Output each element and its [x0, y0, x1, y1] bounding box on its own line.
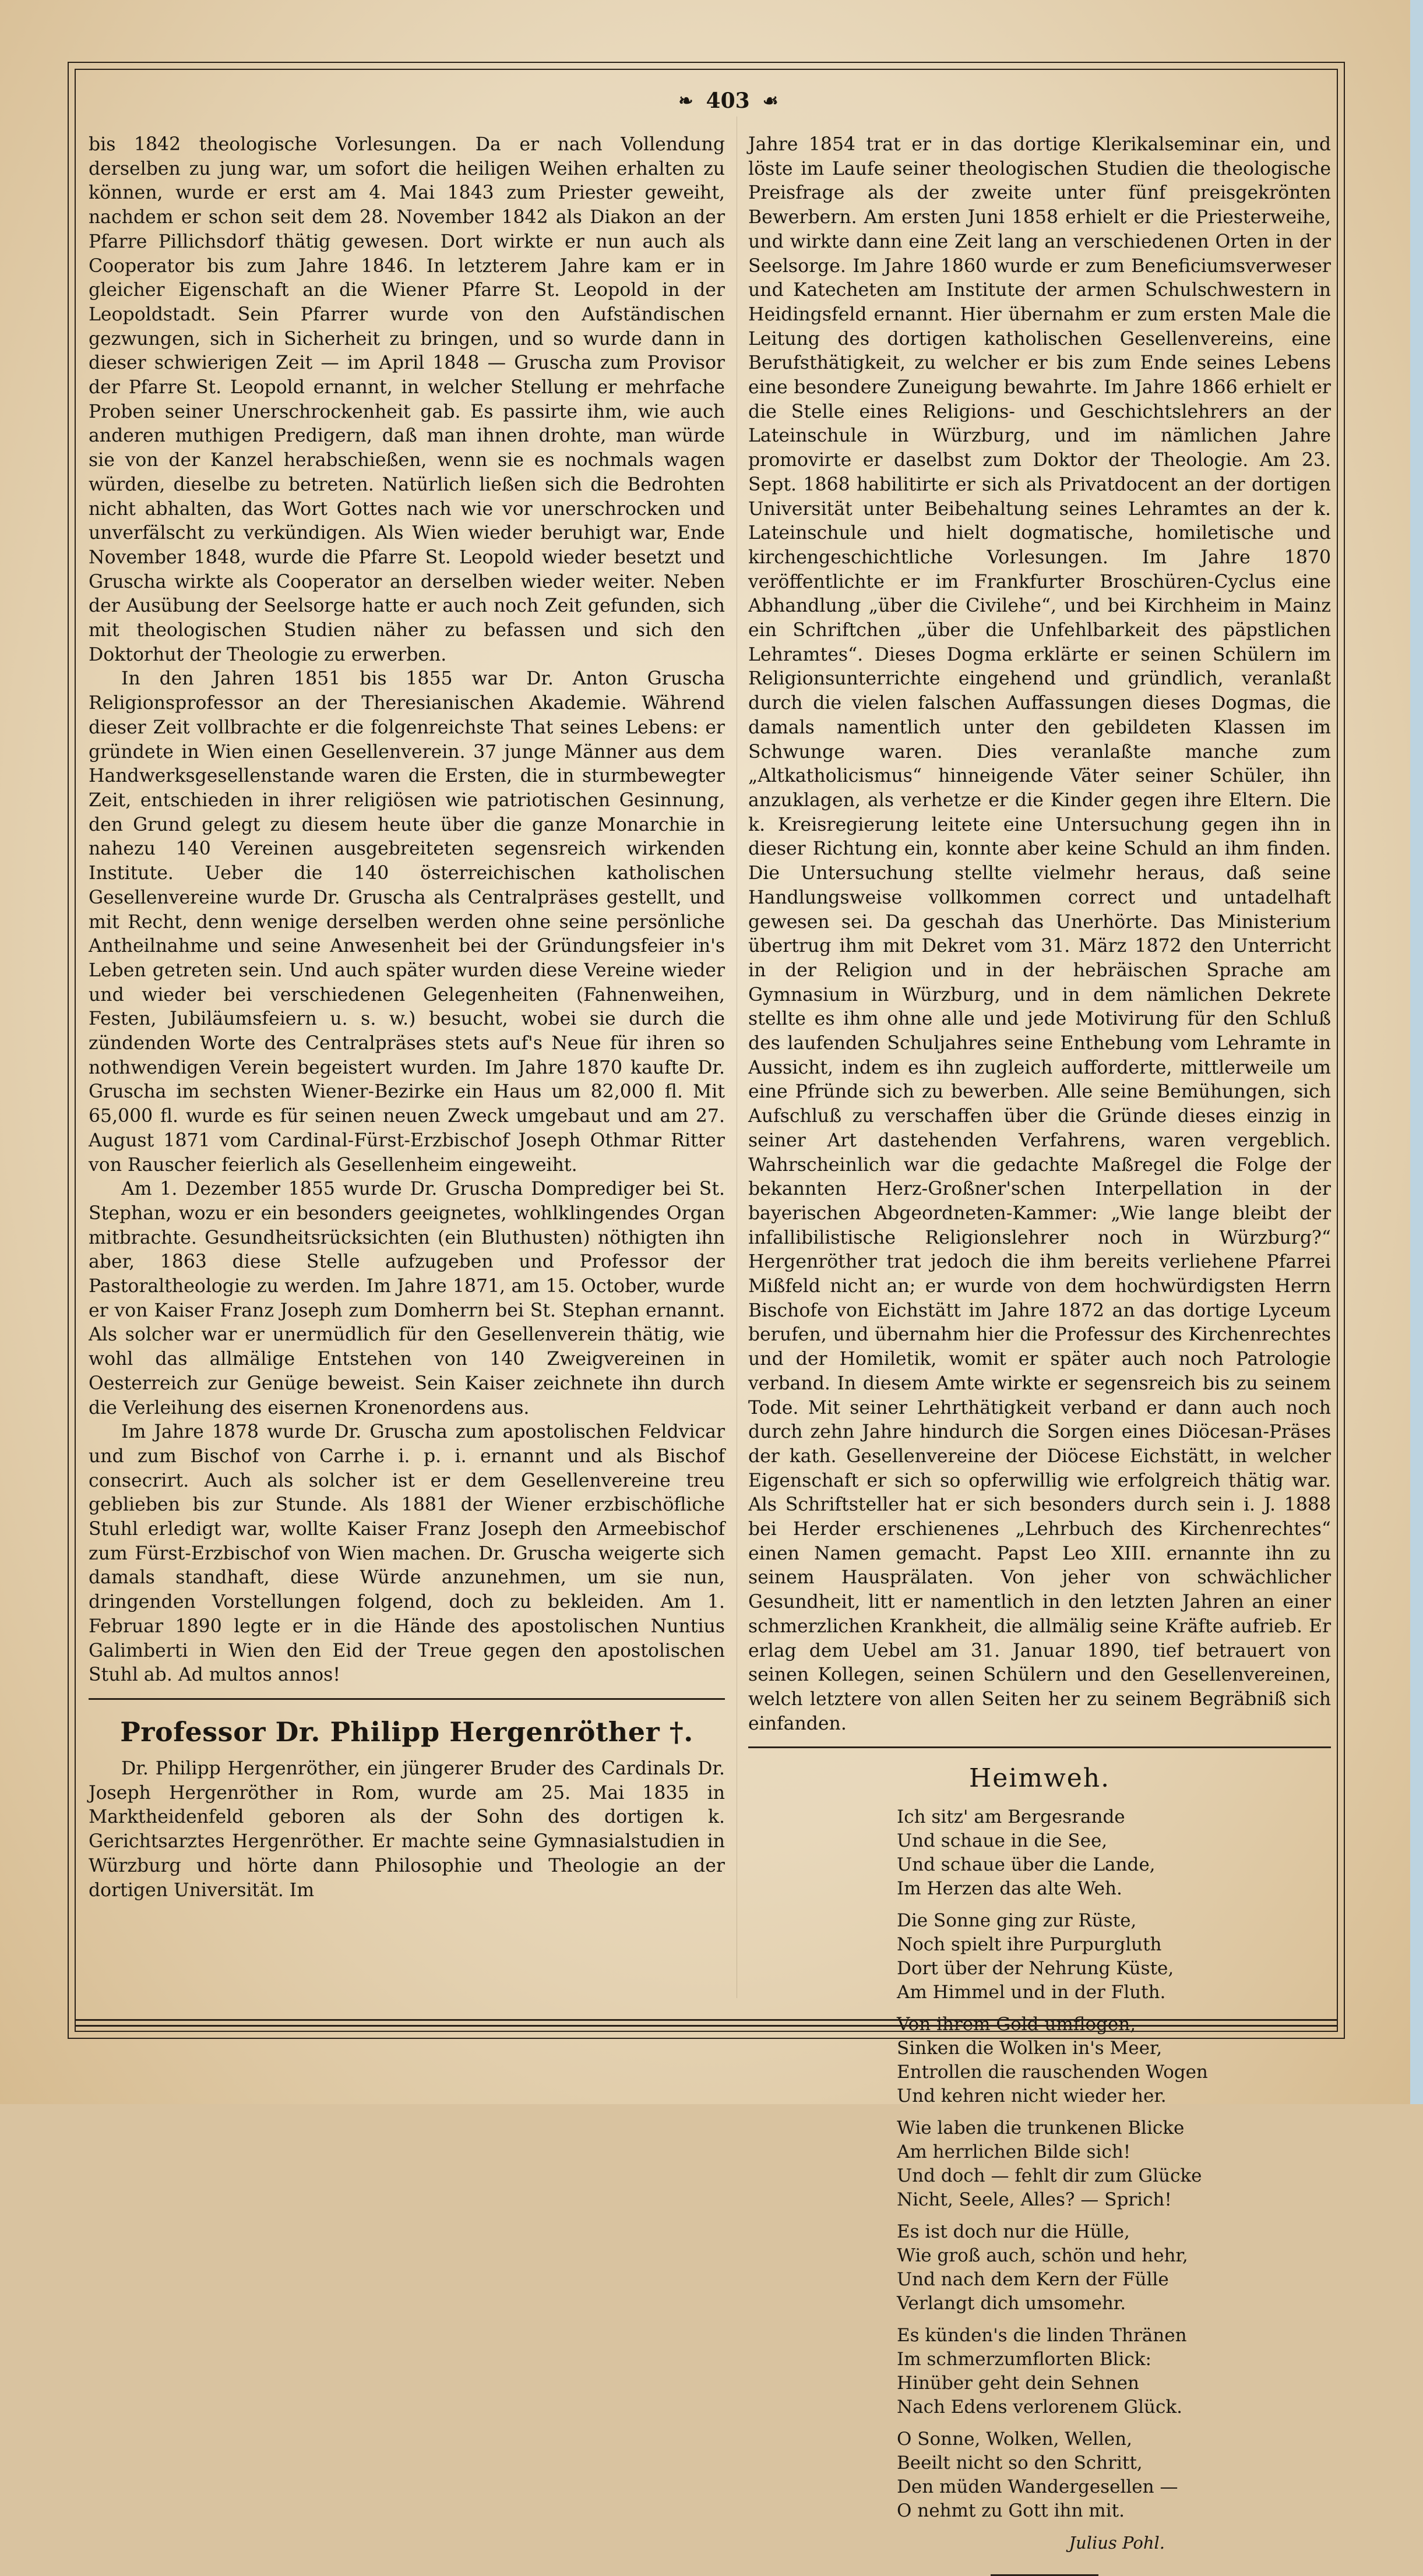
- section-divider: [89, 1698, 725, 1700]
- poem-line: Im Herzen das alte Weh.: [897, 1877, 1331, 1901]
- ornament-left-icon: ❧: [678, 91, 693, 111]
- poem-line: Noch spielt ihre Purpurgluth: [897, 1933, 1331, 1957]
- bottom-rule-lower: [75, 2025, 1337, 2027]
- obituary-heading: Professor Dr. Philipp Hergenröther †.: [89, 1712, 725, 1752]
- column-divider: [737, 117, 737, 1998]
- bottom-rule-upper: [75, 2019, 1337, 2021]
- poem-line: Und schaue über die Lande,: [897, 1853, 1331, 1877]
- poem-line: Die Sonne ging zur Rüste,: [897, 1909, 1331, 1933]
- poem-line: Sinken die Wolken in's Meer,: [897, 2037, 1331, 2060]
- poem-stanza: Ich sitz' am Bergesrande Und schaue in d…: [897, 1805, 1331, 1901]
- right-column: Jahre 1854 trat er in das dortige Klerik…: [748, 133, 1331, 2104]
- poem-line: Entrollen die rauschenden Wogen: [897, 2060, 1331, 2084]
- scan-edge: [1410, 0, 1423, 2104]
- poem-title: Heimweh.: [748, 1760, 1331, 1797]
- poem-line: Dort über der Nehrung Küste,: [897, 1957, 1331, 1981]
- article-paragraph: Jahre 1854 trat er in das dortige Klerik…: [748, 133, 1331, 1736]
- poem-line: Und kehren nicht wieder her.: [897, 2084, 1331, 2104]
- newspaper-page: ❧ 403 ☙ bis 1842 theologische Vorlesunge…: [0, 0, 1410, 2104]
- poem-stanza: Die Sonne ging zur Rüste, Noch spielt ih…: [897, 1909, 1331, 2005]
- article-paragraph: In den Jahren 1851 bis 1855 war Dr. Anto…: [89, 667, 725, 1177]
- left-column: bis 1842 theologische Vorlesungen. Da er…: [89, 133, 725, 1903]
- poem-line: Am Himmel und in der Fluth.: [897, 1981, 1331, 2005]
- section-divider: [748, 1746, 1331, 1748]
- poem: Ich sitz' am Bergesrande Und schaue in d…: [897, 1805, 1331, 2104]
- page-number: 403: [706, 89, 750, 113]
- article-paragraph: Am 1. Dezember 1855 wurde Dr. Gruscha Do…: [89, 1177, 725, 1420]
- poem-line: Ich sitz' am Bergesrande: [897, 1805, 1331, 1829]
- obituary-paragraph: Dr. Philipp Hergenröther, ein jüngerer B…: [89, 1757, 725, 1903]
- page-number-header: ❧ 403 ☙: [653, 86, 804, 115]
- poem-line: Und schaue in die See,: [897, 1829, 1331, 1853]
- ornament-right-icon: ☙: [763, 91, 779, 111]
- article-paragraph: bis 1842 theologische Vorlesungen. Da er…: [89, 133, 725, 667]
- article-paragraph: Im Jahre 1878 wurde Dr. Gruscha zum apos…: [89, 1420, 725, 1688]
